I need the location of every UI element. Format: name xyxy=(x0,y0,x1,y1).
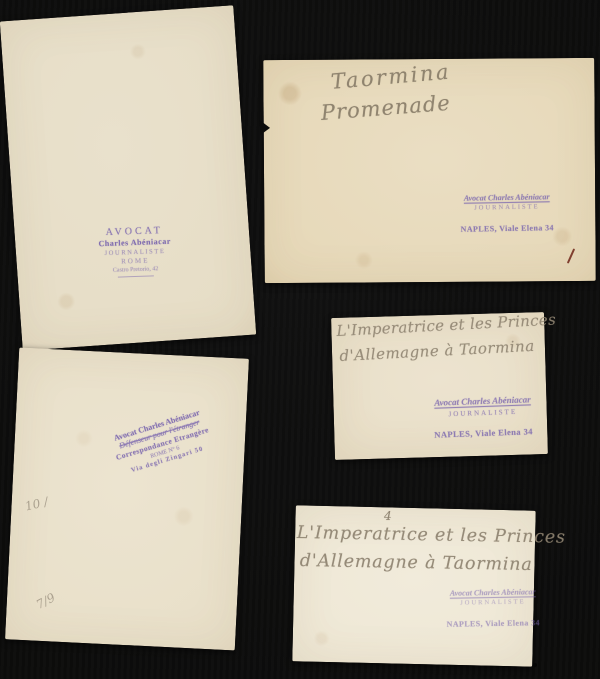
handwriting-imperatrice-line2: d'Allemagne à Taormina xyxy=(300,551,533,575)
card-edge-notch xyxy=(260,120,271,135)
stamp-line: JOURNALISTE xyxy=(418,407,548,419)
stamp-line: NAPLES, Viale Elena 34 xyxy=(428,618,558,628)
stamp-line: NAPLES, Viale Elena 34 xyxy=(442,223,572,233)
stamp-line: JOURNALISTE xyxy=(442,204,572,213)
stamp-avocat-naples: Avocat Charles Abéniacar JOURNALISTE NAP… xyxy=(442,193,573,234)
handwriting-number: 4 xyxy=(384,509,392,523)
stamp-avocat-naples: Avocat Charles Abéniacar JOURNALISTE NAP… xyxy=(428,588,559,629)
card-back-large-rome xyxy=(0,5,256,351)
stamp-line: Avocat Charles Abéniacar xyxy=(442,193,572,203)
dark-spot xyxy=(533,663,537,667)
stamp-avocat-naples: Avocat Charles Abéniacar JOURNALISTE NAP… xyxy=(417,395,548,440)
stamp-avocat-rome: AVOCAT Charles Abéniacar JOURNALISTE ROM… xyxy=(69,225,201,280)
stamp-line: Avocat Charles Abéniacar xyxy=(417,395,547,409)
photo-backdrop: AVOCAT Charles Abéniacar JOURNALISTE ROM… xyxy=(0,0,600,679)
stamp-line: Avocat Charles Abéniacar xyxy=(428,588,558,598)
stamp-line: JOURNALISTE xyxy=(428,599,558,608)
